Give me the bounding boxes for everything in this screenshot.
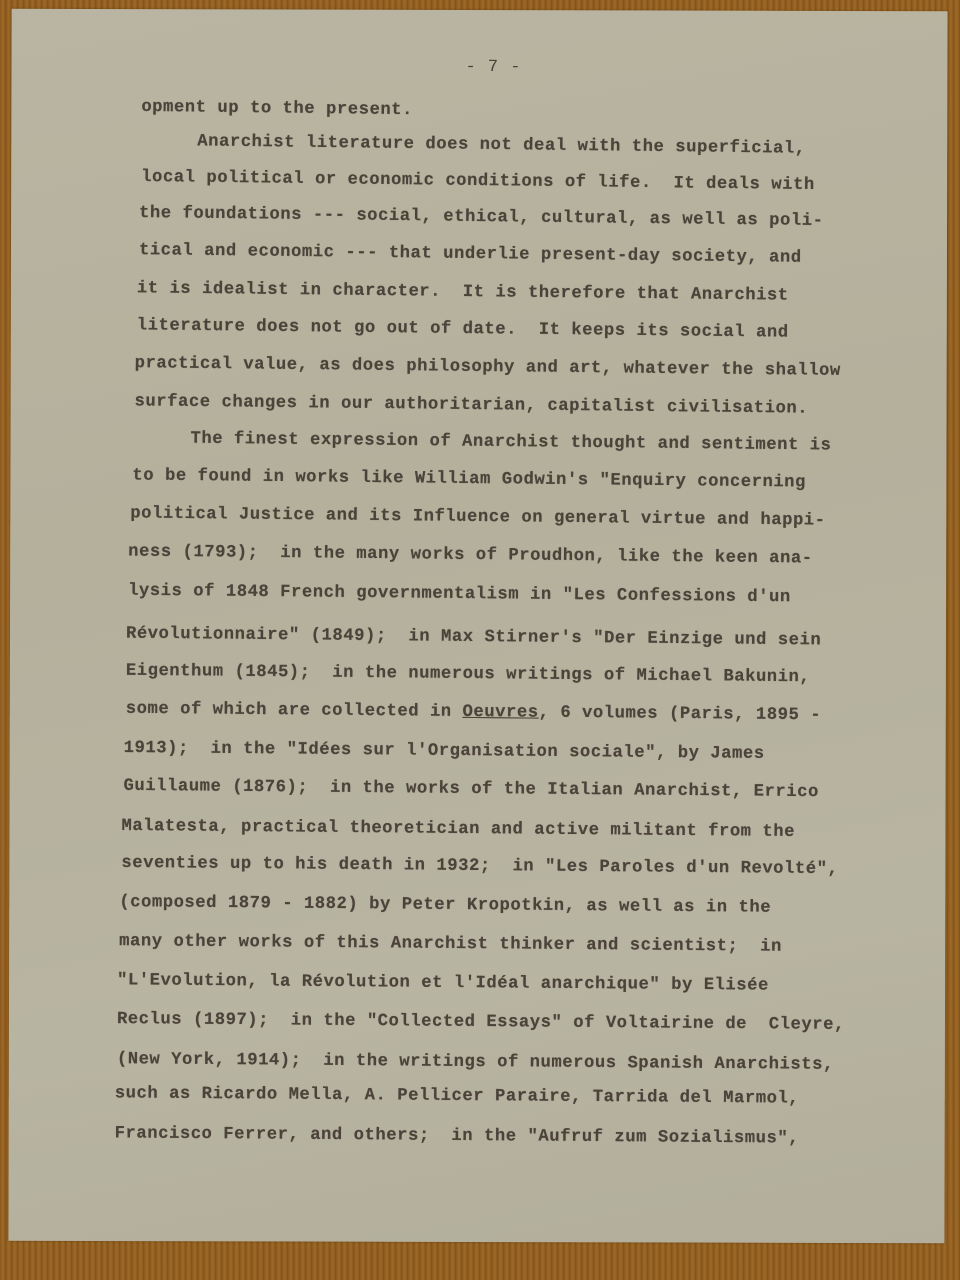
text-line: seventies up to his death in 1932; in "L… xyxy=(121,854,838,879)
text-line: lysis of 1848 French governmentalism in … xyxy=(128,582,791,608)
text-line: Malatesta, practical theoretician and ac… xyxy=(121,817,795,842)
text-line: the foundations --- social, ethical, cul… xyxy=(139,204,824,231)
text-line: such as Ricardo Mella, A. Pellicer Parai… xyxy=(115,1084,800,1108)
text-line: Guillaume (1876); in the works of the It… xyxy=(124,777,819,802)
text-line: political Justice and its Influence on g… xyxy=(130,504,825,530)
text-line: (New York, 1914); in the writings of num… xyxy=(117,1050,834,1075)
text-line: Francisco Ferrer, and others; in the "Au… xyxy=(115,1124,800,1148)
text-line: surface changes in our authoritarian, ca… xyxy=(134,392,808,418)
text-line: local political or economic conditions o… xyxy=(141,168,815,195)
text-line: Reclus (1897); in the "Collected Essays"… xyxy=(117,1010,845,1035)
page-number: - 7 - xyxy=(465,58,521,77)
text-line: many other works of this Anarchist think… xyxy=(119,932,782,957)
text-line: practical value, as does philosophy and … xyxy=(135,354,841,381)
text-line: some of which are collected in Oeuvres, … xyxy=(126,700,821,726)
text-line: ness (1793); in the many works of Proudh… xyxy=(128,543,813,569)
text-line: 1913); in the "Idées sur l'Organisation … xyxy=(124,739,765,764)
text-line: Anarchist literature does not deal with … xyxy=(197,132,806,158)
text-line: Révolutionnaire" (1849); in Max Stirner'… xyxy=(126,625,821,651)
text-line: The finest expression of Anarchist thoug… xyxy=(190,430,831,456)
text-line: (composed 1879 - 1882) by Peter Kropotki… xyxy=(119,893,771,918)
underlined-title: Oeuvres xyxy=(462,703,538,723)
text-line: Eigenthum (1845); in the numerous writin… xyxy=(126,662,811,688)
text-line: "L'Evolution, la Révolution et l'Idéal a… xyxy=(117,971,769,995)
text-line: tical and economic --- that underlie pre… xyxy=(139,241,802,268)
typewritten-page: - 7 - opment up to the present.Anarchist… xyxy=(8,9,947,1243)
text-line: literature does not go out of date. It k… xyxy=(137,316,789,342)
text-line: to be found in works like William Godwin… xyxy=(132,466,806,492)
body-text: opment up to the present.Anarchist liter… xyxy=(12,9,948,11)
text-line: opment up to the present. xyxy=(141,98,413,120)
text-line: it is idealist in character. It is there… xyxy=(137,279,789,305)
